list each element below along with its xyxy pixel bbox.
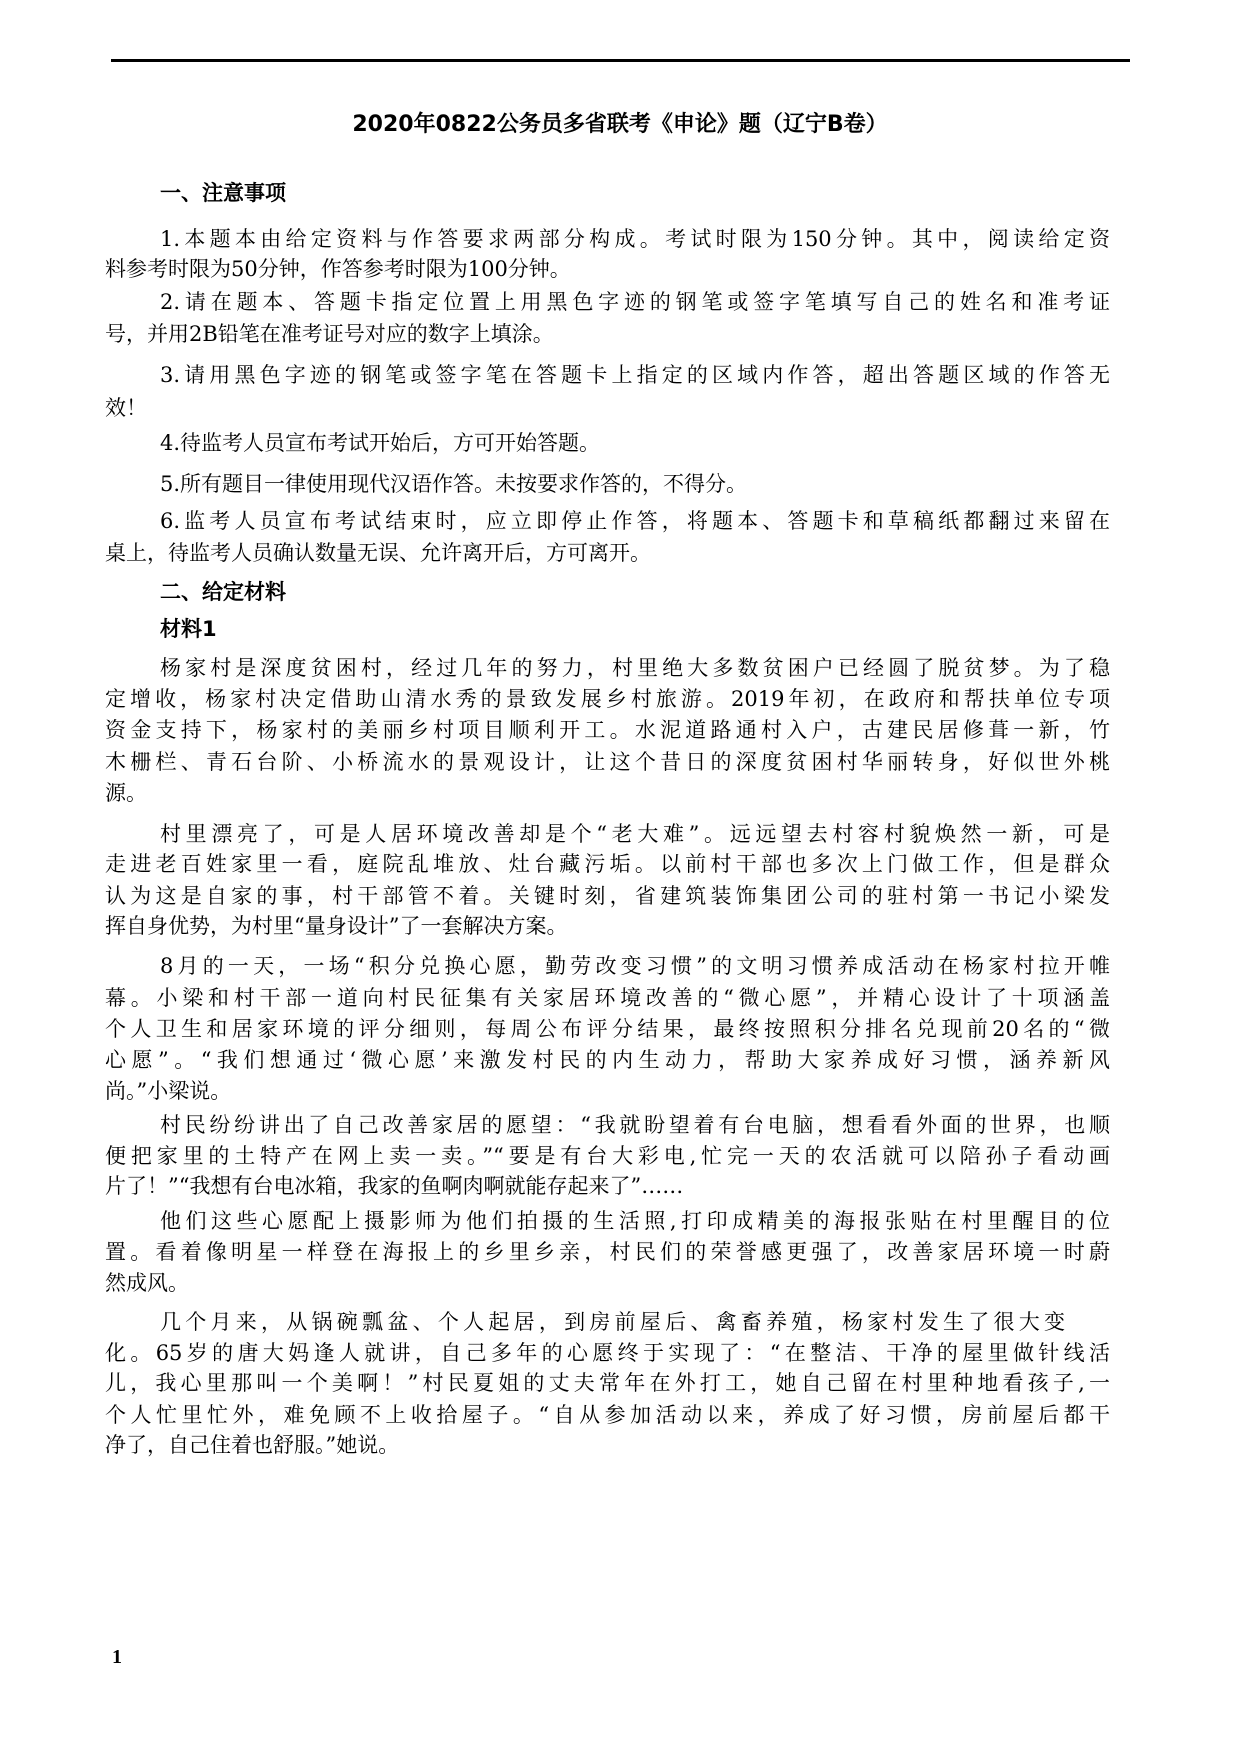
page-number: 1 [112, 1645, 122, 1669]
text-line: 儿，我心里那叫一个美啊！”村民夏姐的丈夫常年在外打工，她自己留在村里种地看孩子,… [105, 1368, 1110, 1398]
text-line: 心愿”。“我们想通过‘微心愿’来激发村民的内生动力，帮助大家养成好习惯，涵养新风 [105, 1045, 1110, 1075]
text-line: 6.监考人员宣布考试结束时，应立即停止作答，将题本、答题卡和草稿纸都翻过来留在 [160, 506, 1110, 536]
text-line: 便把家里的土特产在网上卖一卖。”“要是有台大彩电,忙完一天的农活就可以陪孙子看动… [105, 1141, 1110, 1171]
text-line: 3.请用黑色字迹的钢笔或签字笔在答题卡上指定的区域内作答，超出答题区域的作答无 [160, 360, 1110, 390]
text-line: 资金支持下，杨家村的美丽乡村项目顺利开工。水泥道路通村入户，古建民居修葺一新，竹 [105, 715, 1110, 745]
text-line: 几个月来，从锅碗瓢盆、个人起居，到房前屋后、禽畜养殖，杨家村发生了很大变 [160, 1307, 1065, 1337]
text-line: 2.请在题本、答题卡指定位置上用黑色字迹的钢笔或签字笔填写自己的姓名和准考证 [160, 287, 1110, 317]
text-line: 木栅栏、青石台阶、小桥流水的景观设计，让这个昔日的深度贫困村华丽转身，好似世外桃 [105, 747, 1110, 777]
text-line: 效！ [105, 393, 1110, 423]
text-line: 村里漂亮了，可是人居环境改善却是个“老大难”。远远望去村容村貌焕然一新，可是 [160, 819, 1110, 849]
document-title: 2020年0822公务员多省联考《申论》题（辽宁B卷） [0, 110, 1240, 140]
text-line: 桌上，待监考人员确认数量无误、允许离开后，方可离开。 [105, 538, 1110, 568]
text-line: 认为这是自家的事，村干部管不着。关键时刻，省建筑装饰集团公司的驻村第一书记小梁发 [105, 881, 1110, 911]
text-line: 他们这些心愿配上摄影师为他们拍摄的生活照,打印成精美的海报张贴在村里醒目的位 [160, 1206, 1110, 1236]
section-heading-notes: 一、注意事项 [160, 178, 286, 208]
text-line: 个人忙里忙外，难免顾不上收拾屋子。“自从参加活动以来，养成了好习惯，房前屋后都干 [105, 1400, 1110, 1430]
text-line: 走进老百姓家里一看，庭院乱堆放、灶台藏污垢。以前村干部也多次上门做工作，但是群众 [105, 849, 1110, 879]
text-line: 置。看着像明星一样登在海报上的乡里乡亲，村民们的荣誉感更强了，改善家居环境一时蔚 [105, 1237, 1110, 1267]
text-line: 8月的一天，一场“积分兑换心愿，勤劳改变习惯”的文明习惯养成活动在杨家村拉开帷 [160, 951, 1110, 981]
text-line: 1.本题本由给定资料与作答要求两部分构成。考试时限为150分钟。其中，阅读给定资 [160, 224, 1110, 254]
text-line: 料参考时限为50分钟，作答参考时限为100分钟。 [105, 254, 1110, 284]
text-line: 片了！”“我想有台电冰箱，我家的鱼啊肉啊就能存起来了”…… [105, 1171, 1110, 1201]
text-line: 化。65岁的唐大妈逢人就讲，自己多年的心愿终于实现了：“在整洁、干净的屋里做针线… [105, 1338, 1110, 1368]
text-line: 号，并用2B铅笔在准考证号对应的数字上填涂。 [105, 319, 1110, 349]
text-line: 定增收，杨家村决定借助山清水秀的景致发展乡村旅游。2019年初，在政府和帮扶单位… [105, 684, 1110, 714]
material-1-title: 材料1 [160, 614, 217, 644]
text-line: 然成风。 [105, 1268, 1110, 1298]
text-line: 5.所有题目一律使用现代汉语作答。未按要求作答的，不得分。 [160, 469, 1110, 499]
text-line: 杨家村是深度贫困村，经过几年的努力，村里绝大多数贫困户已经圆了脱贫梦。为了稳 [160, 653, 1110, 683]
text-line: 幕。小梁和村干部一道向村民征集有关家居环境改善的“微心愿”，并精心设计了十项涵盖 [105, 983, 1110, 1013]
header-rule [111, 59, 1130, 62]
text-line: 4.待监考人员宣布考试开始后，方可开始答题。 [160, 428, 1110, 458]
text-line: 净了，自己住着也舒服。”她说。 [105, 1430, 1110, 1460]
text-line: 村民纷纷讲出了自己改善家居的愿望：“我就盼望着有台电脑，想看看外面的世界，也顺 [160, 1110, 1110, 1140]
text-line: 挥自身优势，为村里“量身设计”了一套解决方案。 [105, 911, 1110, 941]
text-line: 尚。”小梁说。 [105, 1076, 1110, 1106]
text-line: 源。 [105, 778, 1110, 808]
section-heading-materials: 二、给定材料 [160, 577, 286, 607]
text-line: 个人卫生和居家环境的评分细则，每周公布评分结果，最终按照积分排名兑现前20名的“… [105, 1014, 1110, 1044]
